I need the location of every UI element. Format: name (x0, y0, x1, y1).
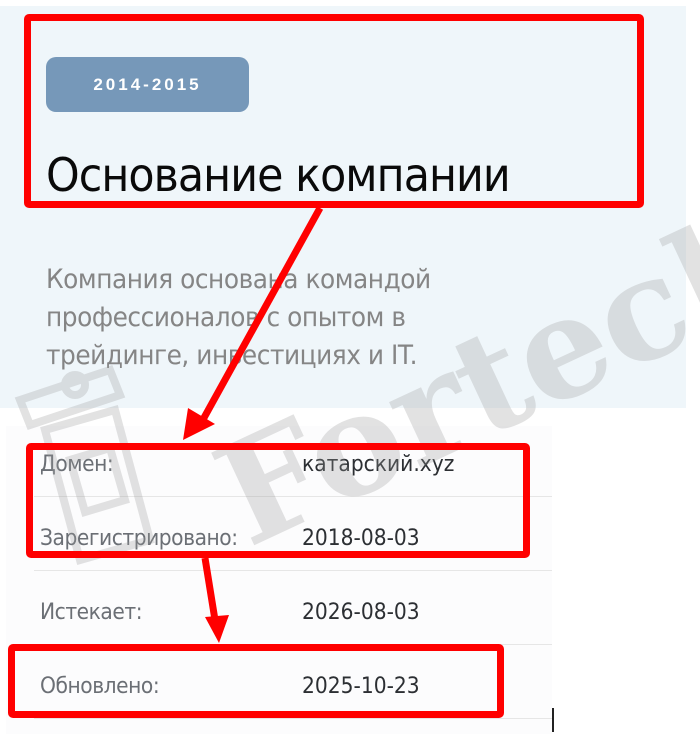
card-title: Основание компании (46, 148, 510, 202)
whois-label: Зарегистрировано: (40, 526, 238, 551)
whois-value: 2018-08-03 (302, 526, 420, 551)
whois-value: 2026-08-03 (302, 600, 420, 625)
whois-row-registered: Зарегистрировано: 2018-08-03 (34, 500, 552, 571)
whois-label: Обновлено: (40, 674, 159, 699)
whois-label: Истекает: (40, 600, 142, 625)
card-description: Компания основана командой профессионало… (46, 261, 524, 375)
whois-row-domain: Домен: катарский.xyz (34, 426, 552, 497)
whois-row-updated: Обновлено: 2025-10-23 (34, 648, 552, 719)
whois-value: катарский.xyz (302, 452, 454, 477)
timeline-card: 2014-2015 Основание компании Компания ос… (0, 6, 686, 408)
year-badge: 2014-2015 (46, 57, 249, 112)
whois-table: Домен: катарский.xyz Зарегистрировано: 2… (6, 426, 552, 734)
whois-label: Домен: (40, 452, 113, 477)
whois-value: 2025-10-23 (302, 674, 420, 699)
text-cursor (552, 708, 554, 732)
whois-row-expires: Истекает: 2026-08-03 (34, 574, 552, 645)
